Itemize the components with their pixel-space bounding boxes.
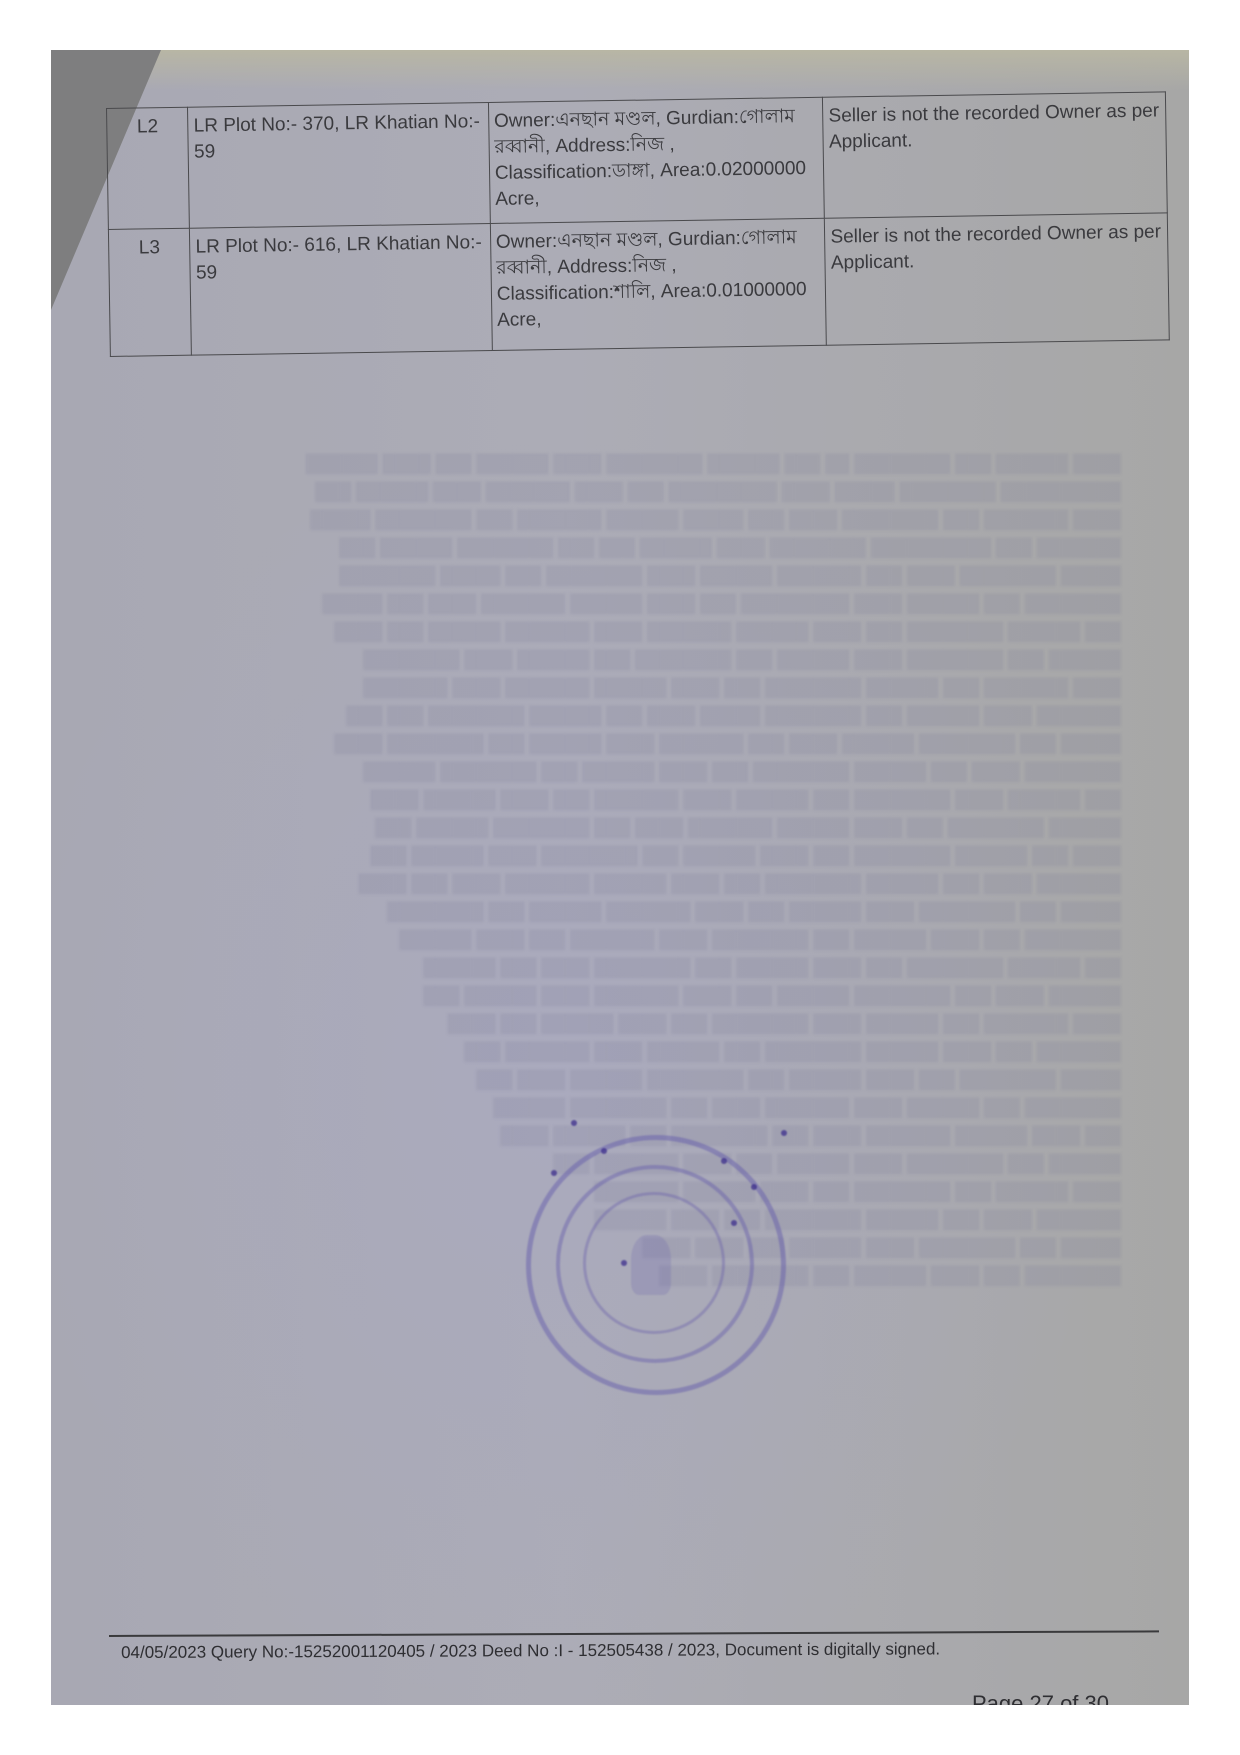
- ink-spot: [721, 1158, 727, 1164]
- ink-spot: [571, 1120, 577, 1126]
- plot-khatian-cell: LR Plot No:- 616, LR Khatian No:- 59: [190, 223, 492, 355]
- ink-spot: [551, 1170, 557, 1176]
- ink-spot: [781, 1130, 787, 1136]
- table-row: L3 LR Plot No:- 616, LR Khatian No:- 59 …: [108, 213, 1169, 357]
- document-page: ████ ██████ ███ ████████ ██ ███ ██████ █…: [51, 50, 1189, 1705]
- ink-spot: [621, 1260, 627, 1266]
- official-seal-stamp-icon: [526, 1135, 786, 1395]
- page-number: Page 27 of 30: [972, 1691, 1109, 1705]
- land-details-table: L2 LR Plot No:- 370, LR Khatian No:- 59 …: [106, 91, 1170, 357]
- land-id-cell: L3: [108, 228, 191, 356]
- footer-query-deed-info: 04/05/2023 Query No:-15252001120405 / 20…: [121, 1639, 940, 1663]
- remark-cell: Seller is not the recorded Owner as per …: [825, 213, 1170, 345]
- table-row: L2 LR Plot No:- 370, LR Khatian No:- 59 …: [107, 92, 1168, 230]
- owner-details-cell: Owner:এনছান মণ্ডল, Gurdian:গোলাম রব্বানী…: [490, 218, 827, 350]
- document-photo: ████ ██████ ███ ████████ ██ ███ ██████ █…: [51, 50, 1189, 1705]
- ink-spot: [731, 1220, 737, 1226]
- stamp-emblem-icon: [631, 1235, 671, 1295]
- ink-spot: [751, 1184, 757, 1190]
- plot-khatian-cell: LR Plot No:- 370, LR Khatian No:- 59: [188, 102, 490, 228]
- owner-details-cell: Owner:এনছান মণ্ডল, Gurdian:গোলাম রব্বানী…: [488, 97, 824, 223]
- footer-divider: [109, 1630, 1159, 1637]
- land-id-cell: L2: [107, 107, 190, 229]
- remark-cell: Seller is not the recorded Owner as per …: [823, 92, 1167, 218]
- ink-spot: [601, 1148, 607, 1154]
